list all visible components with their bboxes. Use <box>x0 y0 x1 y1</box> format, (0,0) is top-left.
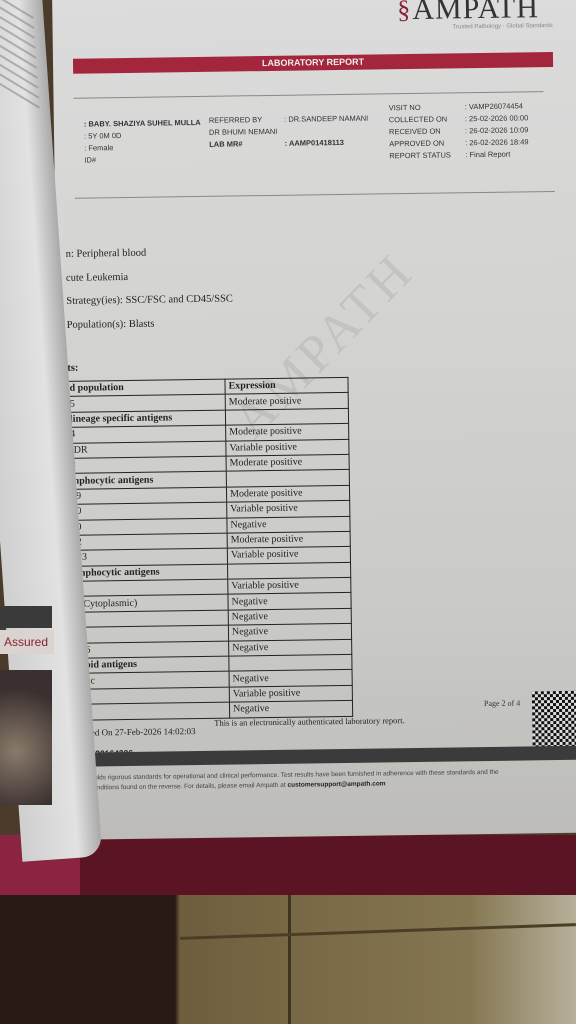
expression-cell <box>225 408 348 425</box>
referred-by-label: REFERRED BY <box>209 115 262 125</box>
lab-mr-label: LAB MR# <box>209 139 242 148</box>
expression-cell: Negative <box>228 624 351 641</box>
authentication-note: This is an electronically authenticated … <box>214 715 405 728</box>
expression-cell: Negative <box>228 593 351 610</box>
ampath-logo: § AMPATH Trusted Pathology · Global Stan… <box>397 0 539 27</box>
expression-cell: Negative <box>227 516 350 533</box>
results-label: ts: <box>67 363 78 374</box>
patient-name: : BABY. SHAZIYA SUHEL MULLA <box>84 117 201 131</box>
patient-block: : BABY. SHAZIYA SUHEL MULLA : 5Y 0M 0D :… <box>84 117 201 167</box>
collected-label: COLLECTED ON <box>389 113 465 126</box>
visit-block: VISIT NO: VAMP26074454 COLLECTED ON: 25-… <box>389 100 529 162</box>
indication-text: cute Leukemia <box>66 272 128 284</box>
report-title-band: LABORATORY REPORT <box>73 52 553 74</box>
page-number: Page 2 of 4 <box>484 699 520 709</box>
gated-population-text: Population(s): Blasts <box>67 319 155 331</box>
approved-label: APPROVED ON <box>389 137 465 150</box>
disclaimer: Ampath upholds rigorous standards for op… <box>59 768 499 794</box>
section-divider <box>75 191 555 199</box>
qr-code[interactable] <box>532 691 576 754</box>
expression-cell: Moderate positive <box>226 485 349 502</box>
report-page: § AMPATH Trusted Pathology · Global Stan… <box>52 0 576 840</box>
expression-cell: Negative <box>228 608 351 625</box>
brochure-dark-band <box>0 606 52 628</box>
report-status-label: REPORT STATUS <box>389 149 465 162</box>
expression-cell <box>228 562 351 579</box>
expression-cell: Variable positive <box>229 685 352 702</box>
assured-badge: Assured <box>0 630 54 654</box>
received-label: RECEIVED ON <box>389 125 465 138</box>
dna-helix-icon: § <box>397 0 410 25</box>
immunophenotype-table: d population Expression 5Moderate positi… <box>65 377 353 721</box>
expression-cell <box>229 654 352 671</box>
patient-id-label: ID# <box>84 153 201 167</box>
expression-cell: Negative <box>229 670 352 687</box>
referred-by-value: : DR.SANDEEP NAMANI <box>284 114 368 124</box>
brand-tagline: Trusted Pathology · Global Standards <box>453 23 553 30</box>
expression-cell: Moderate positive <box>225 393 348 410</box>
support-email-link[interactable]: customersupport@ampath.com <box>287 780 385 788</box>
collected-value: : 25-02-2026 00:00 <box>465 113 529 123</box>
header-expression: Expression <box>225 377 348 394</box>
gating-strategy-text: Strategy(ies): SSC/FSC and CD45/SSC <box>66 294 233 307</box>
expression-cell <box>226 470 349 487</box>
expression-cell: Negative <box>229 701 352 718</box>
report-status-value: : Final Report <box>465 150 510 160</box>
header-divider <box>74 91 544 99</box>
expression-cell: Moderate positive <box>226 454 349 471</box>
visit-no-label: VISIT NO <box>389 101 465 114</box>
expression-cell: Moderate positive <box>227 531 350 548</box>
visit-no-value: : VAMP26074454 <box>465 101 523 111</box>
expression-cell: Variable positive <box>228 577 351 594</box>
approved-value: : 26-02-2026 18:49 <box>465 137 529 147</box>
expression-cell: Variable positive <box>226 439 349 456</box>
handshake-image <box>0 670 52 805</box>
referral-block: REFERRED BY : DR.SANDEEP NAMANI DR BHUMI… <box>209 113 369 151</box>
specimen-text: n: Peripheral blood <box>66 248 147 260</box>
expression-cell: Moderate positive <box>226 424 349 441</box>
expression-cell: Variable positive <box>227 501 350 518</box>
lab-mr-value: : AAMP01418113 <box>285 138 344 148</box>
expression-cell: Negative <box>229 639 352 656</box>
previous-page-text <box>0 0 48 233</box>
marker-cell: D14 <box>70 702 229 720</box>
tile-seam <box>180 923 576 940</box>
received-value: : 26-02-2026 10:09 <box>465 125 529 135</box>
expression-cell: Variable positive <box>227 547 350 564</box>
